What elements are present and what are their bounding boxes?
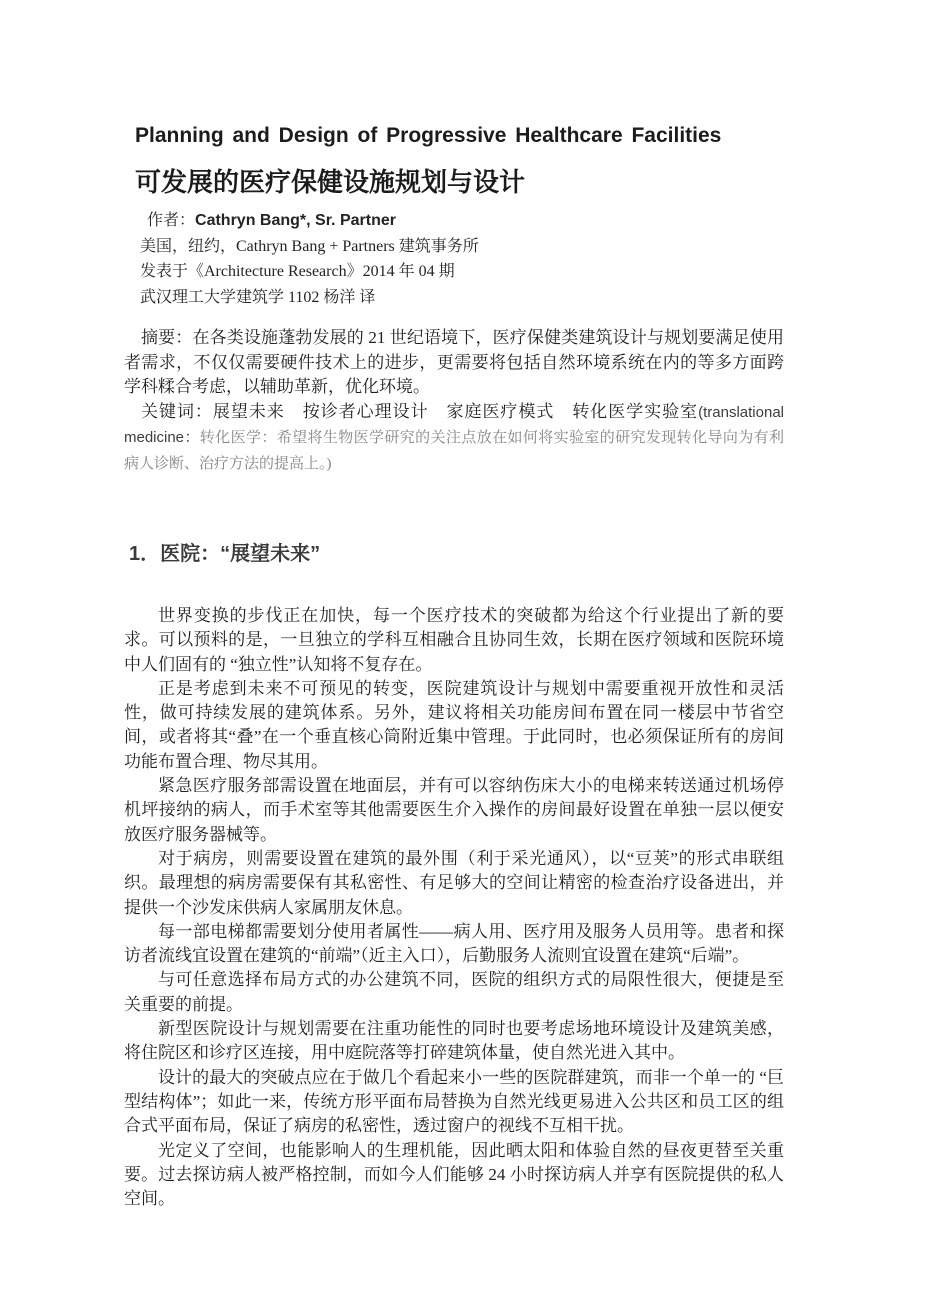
body-paragraph: 光定义了空间，也能影响人的生理机能，因此晒太阳和体验自然的昼夜更替至关重要。过去… bbox=[124, 1139, 784, 1212]
body-paragraph: 设计的最大的突破点应在于做几个看起来小一些的医院群建筑，而非一个单一的 “巨型结… bbox=[124, 1066, 784, 1139]
author-line: 作者：Cathryn Bang*, Sr. Partner bbox=[147, 208, 784, 234]
body-paragraph: 与可任意选择布局方式的办公建筑不同，医院的组织方式的局限性很大，便捷是至关重要的… bbox=[124, 968, 784, 1017]
abstract-label: 摘要： bbox=[141, 328, 192, 347]
keywords-terms: 展望未来 按诊者心理设计 家庭医疗模式 转化医学实验室 bbox=[213, 402, 698, 421]
meta-block: 作者：Cathryn Bang*, Sr. Partner 美国，纽约，Cath… bbox=[124, 208, 784, 310]
article-body: 世界变换的步伐正在加快，每一个医疗技术的突破都为给这个行业提出了新的要求。可以预… bbox=[124, 604, 784, 1211]
chinese-title: 可发展的医疗保健设施规划与设计 bbox=[135, 164, 784, 200]
abstract-paragraph: 摘要：在各类设施蓬勃发展的 21 世纪语境下，医疗保健类建筑设计与规划要满足使用… bbox=[124, 326, 784, 400]
body-paragraph: 紧急医疗服务部需设置在地面层，并有可以容纳伤床大小的电梯来转送通过机场停机坪接纳… bbox=[124, 774, 784, 847]
body-paragraph: 新型医院设计与规划需要在注重功能性的同时也要考虑场地环境设计及建筑美感，将住院区… bbox=[124, 1017, 784, 1066]
document-page: Planning and Design of Progressive Healt… bbox=[0, 0, 926, 1310]
section-heading: 1．医院：“展望未来” bbox=[129, 540, 784, 568]
body-paragraph: 正是考虑到未来不可预见的转变，医院建筑设计与规划中需要重视开放性和灵活性，做可持… bbox=[124, 677, 784, 774]
author-name: Cathryn Bang*, Sr. Partner bbox=[195, 212, 396, 229]
body-paragraph: 世界变换的步伐正在加快，每一个医疗技术的突破都为给这个行业提出了新的要求。可以预… bbox=[124, 604, 784, 677]
abstract-text: 在各类设施蓬勃发展的 21 世纪语境下，医疗保健类建筑设计与规划要满足使用者需求… bbox=[124, 328, 784, 396]
keywords-label: 关键词： bbox=[141, 402, 213, 421]
translator-line: 武汉理工大学建筑学 1102 杨洋 译 bbox=[140, 285, 784, 311]
english-title: Planning and Design of Progressive Healt… bbox=[135, 122, 784, 150]
document-content: Planning and Design of Progressive Healt… bbox=[124, 122, 784, 1211]
author-label: 作者： bbox=[147, 212, 195, 229]
body-paragraph: 每一部电梯都需要划分使用者属性——病人用、医疗用及服务人员用等。患者和探访者流线… bbox=[124, 920, 784, 969]
keywords-note: 转化医学：希望将生物医学研究的关注点放在如何将实验室的研究发现转化导向为有利病人… bbox=[124, 430, 784, 472]
keywords-paragraph: 关键词：展望未来 按诊者心理设计 家庭医疗模式 转化医学实验室(translat… bbox=[124, 400, 784, 477]
publication-line: 发表于《Architecture Research》2014 年 04 期 bbox=[140, 259, 784, 285]
body-paragraph: 对于病房，则需要设置在建筑的最外围（利于采光通风），以“豆荚”的形式串联组织。最… bbox=[124, 847, 784, 920]
affiliation-line: 美国，纽约，Cathryn Bang + Partners 建筑事务所 bbox=[140, 234, 784, 260]
